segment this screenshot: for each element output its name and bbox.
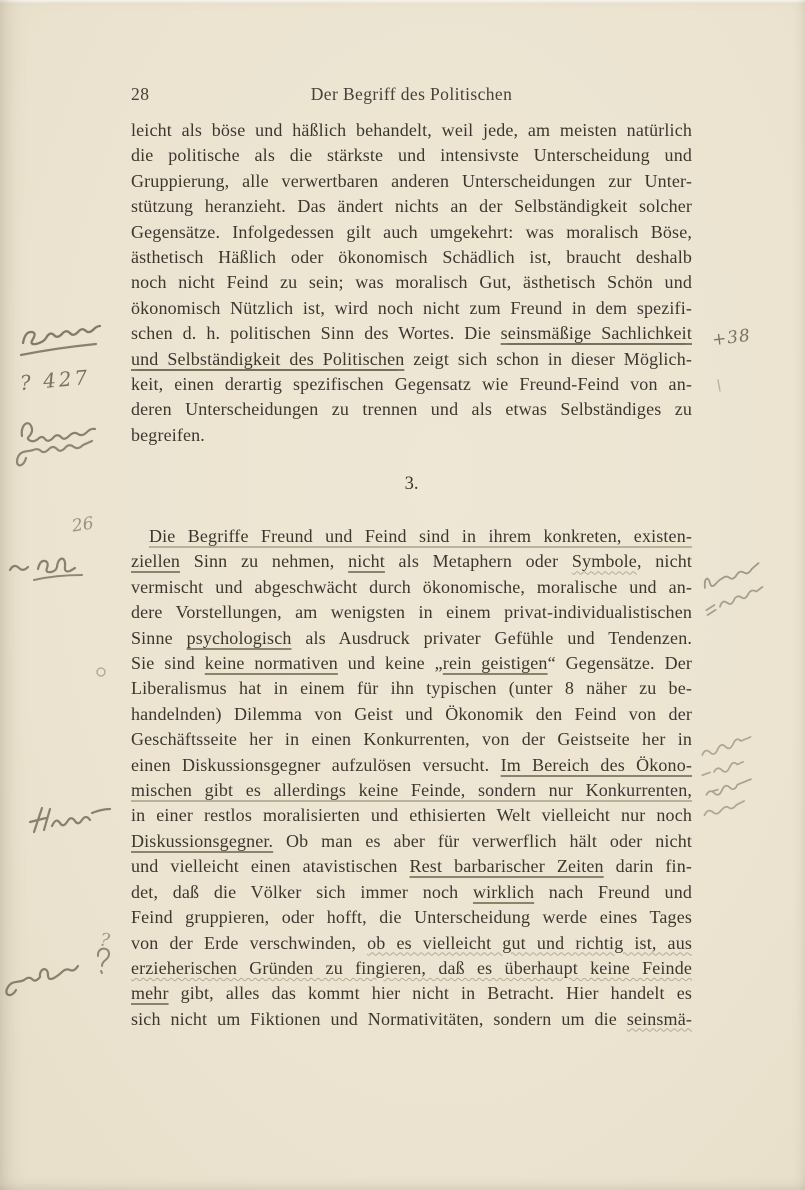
underlined-text: Im Bereich des Ökono- [501, 755, 692, 775]
text-segment: und vielleicht einen atavistischen [131, 856, 410, 876]
underlined-text: seinsmäßige Sachlichkeit [501, 323, 692, 343]
text-line: Gegensätze. Infolgedessen gilt auch umge… [131, 220, 692, 245]
marginal-circle-mark [95, 666, 107, 678]
text-line: Sinne psychologisch als Ausdruck private… [131, 626, 692, 651]
text-segment: gibt, alles das kommt hier nicht in Betr… [169, 983, 692, 1003]
text-segment: Sinne [131, 628, 187, 648]
underlined-text: erzieherischen Gründen zu fingieren, daß… [131, 958, 692, 978]
text-segment: schen d. h. politischen Sinn des Wortes.… [131, 323, 501, 343]
text-segment: in einer restlos moralisierten und ethis… [131, 805, 692, 825]
marginal-scribble-right-2 [693, 735, 793, 825]
underlined-text: Rest barbarischer Zeiten [410, 856, 604, 876]
underlined-text: Symbole [572, 551, 637, 571]
text-segment: darin fin- [604, 856, 692, 876]
marginal-note-26: 26 [71, 513, 96, 536]
text-line: vermischt und abgeschwächt durch ökonomi… [131, 575, 692, 600]
book-page: 28 Der Begriff des Politischen leicht al… [0, 0, 805, 1190]
text-line: ästhetisch Häßlich oder ökonomisch Schäd… [131, 245, 692, 270]
marginal-note-nich [6, 548, 91, 593]
text-segment: und keine „ [338, 653, 443, 673]
marginal-scribble-hum [22, 796, 117, 846]
text-segment: nach Freund und [534, 882, 692, 902]
text-line: sich nicht um Fiktionen und Normativität… [131, 1007, 692, 1032]
text-segment: , nicht [637, 551, 692, 571]
underlined-text: und Selbständigkeit des Politischen [131, 349, 404, 369]
text-segment: ästhetisch Häßlich oder ökonomisch Schäd… [131, 247, 692, 267]
underlined-text: nicht [348, 551, 385, 571]
text-line: stützung heranzieht. Das ändert nichts a… [131, 194, 692, 219]
marginal-scribble-right-1 [695, 548, 795, 618]
underlined-text: Die Begriffe Freund und Feind sind in ih… [149, 526, 692, 546]
text-segment: det, daß die Völker sich immer noch [131, 882, 473, 902]
text-segment: dere Vorstellungen, am wenigsten in eine… [131, 602, 692, 622]
text-line: in einer restlos moralisierten und ethis… [131, 803, 692, 828]
text-line: leicht als böse und häßlich behandelt, w… [131, 118, 692, 143]
text-line: keit, einen derartig spezifischen Gegens… [131, 372, 692, 397]
text-line: deren Unterscheidungen zu trennen und al… [131, 397, 692, 422]
underlined-text: mischen gibt es allerdings keine Feinde,… [131, 780, 692, 800]
text-line: Die Begriffe Freund und Feind sind in ih… [131, 524, 692, 549]
text-segment: vermischt und abgeschwächt durch ökonomi… [131, 577, 692, 597]
text-segment: begreifen. [131, 425, 205, 445]
text-line: erzieherischen Gründen zu fingieren, daß… [131, 956, 692, 981]
text-line: Diskussionsgegner. Ob man es aber für ve… [131, 829, 692, 854]
text-segment: zeigt sich schon in dieser Möglich- [404, 349, 692, 369]
text-segment: Geschäftsseite her in einen Konkurrenten… [131, 729, 692, 749]
page-header: 28 Der Begriff des Politischen [131, 84, 692, 106]
text-segment: leicht als böse und häßlich behandelt, w… [131, 120, 692, 140]
text-segment: deren Unterscheidungen zu trennen und al… [131, 399, 692, 419]
text-line: noch nicht Feind zu sein; was moralisch … [131, 270, 692, 295]
text-segment: als Metaphern oder [385, 551, 572, 571]
text-line: handelnden) Dilemma von Geist und Ökonom… [131, 702, 692, 727]
text-line: dere Vorstellungen, am wenigsten in eine… [131, 600, 692, 625]
paragraph-2: Die Begriffe Freund und Feind sind in ih… [131, 524, 692, 1032]
text-segment: von der Erde verschwinden, [131, 933, 367, 953]
text-segment: sich nicht um Fiktionen und Normativität… [131, 1009, 627, 1029]
text-line: Liberalismus hat in einem für ihn typisc… [131, 676, 692, 701]
text-line: Gruppierung, alle verwertbaren anderen U… [131, 169, 692, 194]
text-line: die politische als die stärkste und inte… [131, 143, 692, 168]
underlined-text: Diskussionsgegner. [131, 831, 273, 851]
underlined-text: seinsmä- [627, 1009, 692, 1029]
text-segment: die politische als die stärkste und inte… [131, 145, 692, 165]
text-line: und Selbständigkeit des Politischen zeig… [131, 347, 692, 372]
paragraph-1: leicht als böse und häßlich behandelt, w… [131, 118, 692, 448]
text-segment: noch nicht Feind zu sein; was moralisch … [131, 272, 692, 292]
marginal-note-427: ? 427 [19, 365, 91, 395]
text-segment: stützung heranzieht. Das ändert nichts a… [131, 196, 692, 216]
underlined-text: ob es vielleicht gut und richtig ist, au… [367, 933, 692, 953]
text-segment: ökonomisch Nützlich ist, wird noch nicht… [131, 298, 692, 318]
text-line: begreifen. [131, 423, 692, 448]
text-segment: einen Diskussionsgegner aufzulösen versu… [131, 755, 501, 775]
text-segment: “ Gegensätze. Der [548, 653, 692, 673]
text-line: Geschäftsseite her in einen Konkurrenten… [131, 727, 692, 752]
text-segment: Gruppierung, alle verwertbaren anderen U… [131, 171, 692, 191]
underlined-text: wirklich [473, 882, 534, 902]
text-line: ziellen Sinn zu nehmen, nicht als Metaph… [131, 549, 692, 574]
text-segment: Gegensätze. Infolgedessen gilt auch umge… [131, 222, 692, 242]
text-segment: handelnden) Dilemma von Geist und Ökonom… [131, 704, 692, 724]
underlined-text: rein geistigen [443, 653, 548, 673]
text-line: und vielleicht einen atavistischen Rest … [131, 854, 692, 879]
section-heading: 3. [131, 474, 692, 495]
marginal-tick [714, 378, 724, 394]
marginal-scribble-left [10, 412, 115, 472]
text-line: Sie sind keine normativen und keine „rei… [131, 651, 692, 676]
text-line: schen d. h. politischen Sinn des Wortes.… [131, 321, 692, 346]
text-segment: Feind gruppieren, oder hofft, die Unters… [131, 907, 692, 927]
text-line: ökonomisch Nützlich ist, wird noch nicht… [131, 296, 692, 321]
text-line: von der Erde verschwinden, ob es viellei… [131, 931, 692, 956]
text-line: mischen gibt es allerdings keine Feinde,… [131, 778, 692, 803]
text-line: Feind gruppieren, oder hofft, die Unters… [131, 905, 692, 930]
marginal-note-2-ebene [16, 318, 106, 366]
marginal-note-38: +38 [711, 326, 752, 351]
underlined-text: ziellen [131, 551, 180, 571]
text-segment: Sinn zu nehmen, [180, 551, 348, 571]
running-title: Der Begriff des Politischen [131, 84, 692, 105]
underlined-text: mehr [131, 983, 169, 1003]
text-segment: Ob man es aber für verwerflich hält oder… [273, 831, 692, 851]
text-line: det, daß die Völker sich immer noch wirk… [131, 880, 692, 905]
text-segment: keit, einen derartig spezifischen Gegens… [131, 374, 692, 394]
text-line: mehr gibt, alles das kommt hier nicht in… [131, 981, 692, 1006]
text-segment: Sie sind [131, 653, 205, 673]
text-line: einen Diskussionsgegner aufzulösen versu… [131, 753, 692, 778]
text-segment: als Ausdruck privater Gefühle und Tenden… [292, 628, 692, 648]
text-segment: Liberalismus hat in einem für ihn typisc… [131, 678, 692, 698]
underlined-text: keine normativen [205, 653, 338, 673]
underlined-text: psychologisch [187, 628, 292, 648]
